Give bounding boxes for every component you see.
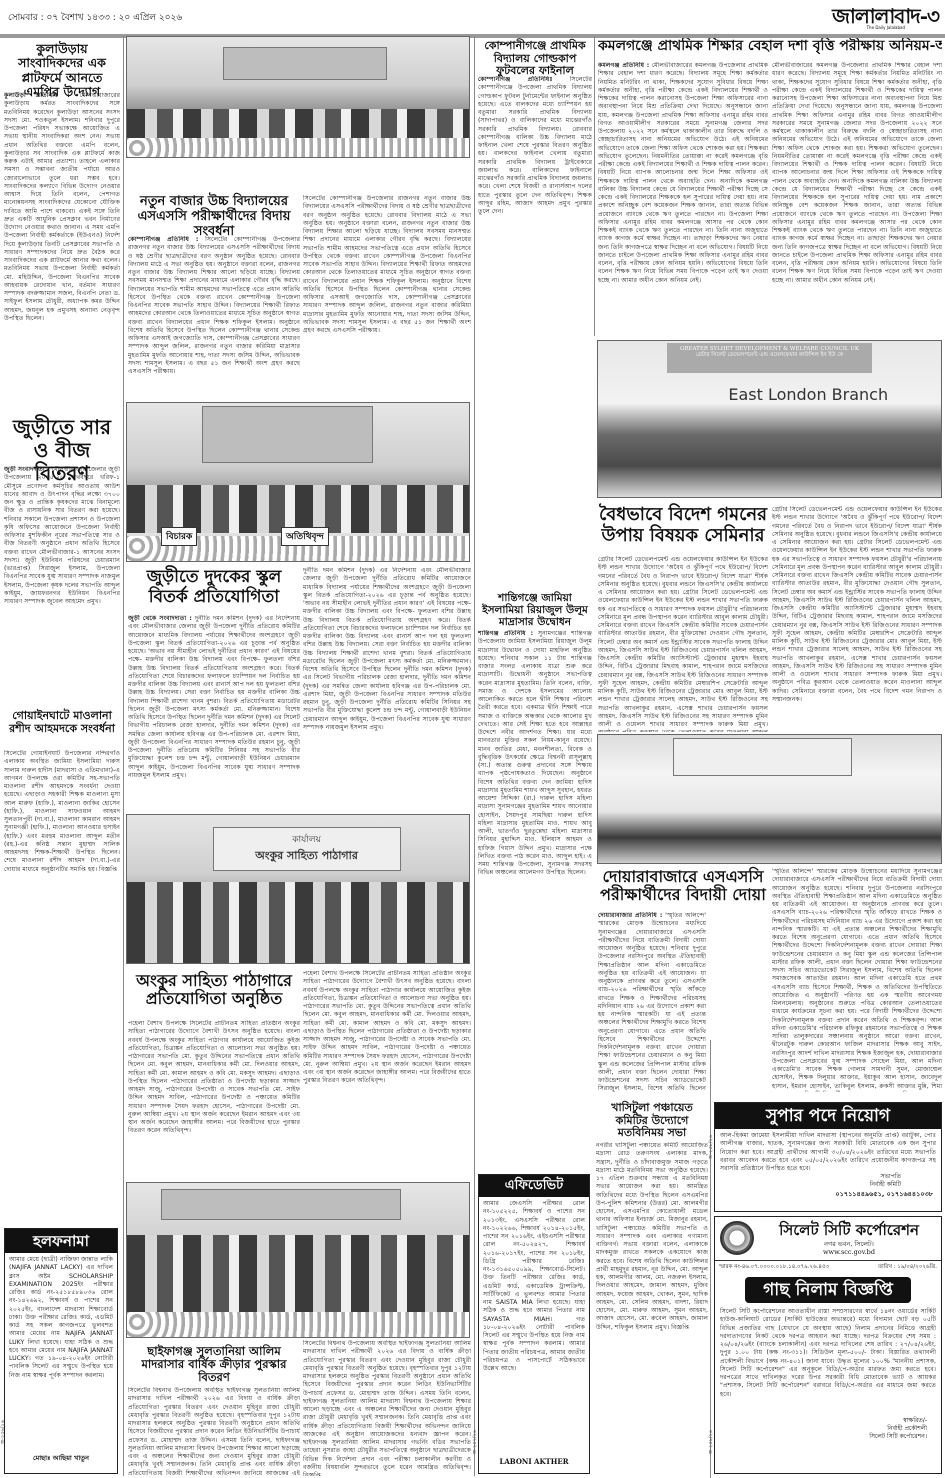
scc-sign2: নির্বাহী প্রকৌশলী: [715, 1425, 927, 1433]
doarabazar-body: দোয়ারাবাজার প্রতিনিধি : 'স্মৃতির অলিন্দ…: [598, 912, 706, 1092]
khasitula-headline: খাসিটুলা পঞ্চায়েত কমিটির উদ্যোগে মতবিনি…: [596, 1102, 708, 1140]
photo-banner: [223, 47, 387, 81]
shantiganj-body: শান্তিগঞ্জ প্রতিনিধি : সুনামগঞ্জের শান্ত…: [478, 630, 592, 1126]
super-job-sign-org: নির্বাহী কমিটি: [715, 1181, 901, 1189]
scc-sign1: স্বাক্ষরিত/-: [715, 1417, 927, 1425]
chhaifaganj-body-col2: সিলেটের বিশ্বনাথ উপজেলায় অবস্থিত ছাইফাগ…: [303, 1340, 471, 1476]
notun-bazar-headline: নতুন বাজার উচ্চ বিদ্যালয়ের এসএসসি পরীক্…: [128, 195, 300, 240]
scc-website-link[interactable]: www.scc.gov.bd: [761, 1248, 937, 1256]
super-job-code: জ-২৫৮/২৬: [707, 1135, 715, 1159]
ankur-body: পহেলা বৈশাখ উপলক্ষে সিলেটের প্রাচীনতম সা…: [128, 1020, 300, 1180]
affidavit-ad: এফিডেভিট আমার জেএসসি পরীক্ষার রোল নং-১০৫…: [478, 1174, 590, 1474]
affidavit-title: এফিডেভিট: [479, 1175, 589, 1197]
scc-memo: স্মারক নং-৪৬.০৭.০০০০.০১৮.১৪.০৭৯.২৬.৪৫৩: [719, 1264, 829, 1272]
kamalganj-body-col2: মৌলভীবাজারের কমলগঞ্জ উপজেলার প্রাথমিক শি…: [772, 62, 942, 330]
date-line: সোমবার : ০৭ বৈশাখ ১৪৩৩ : ২০ এপ্রিল ২০২৬: [8, 10, 182, 25]
seminar-body: গ্রেটার সিলেট ডেভেলপমেন্ট এন্ড ওয়েলফেয়…: [598, 556, 768, 732]
caption-office: কার্যালয়: [214, 832, 400, 847]
affidavit-body: আমার জেএসসি পরীক্ষার রোল নং-১০৫২২৫, শিক্…: [479, 1197, 589, 1457]
chhaifaganj-photo: [126, 1182, 470, 1338]
scc-code: জ-২৫৯/২৬: [707, 1430, 715, 1454]
seminar-photo: GREATER SYLHET DEVELOPMENT & WELFARE COU…: [597, 340, 942, 498]
scc-title: গাছ নিলাম বিজ্ঞপ্তি: [745, 1277, 911, 1303]
gold-cup-body: কোম্পানীগঞ্জ প্রতিনিধিঃ সিলেটের কোম্পানী…: [478, 76, 592, 570]
seminar-body-col2: গ্রেটার সিলেট ডেভেলপমেন্ট এন্ড ওয়েলফেয়…: [772, 506, 942, 732]
dudok-body-col2: দুর্নীতি দমন কমিশন (দুদক) এর নির্দেশনায়…: [303, 567, 471, 805]
brand-subtitle: The Daily Jalalabad: [867, 25, 905, 30]
seminar-banner-bn: গ্রেটার সিলেট ডেভেলপমেন্ট এন্ড ওয়েলফেয়…: [667, 352, 873, 360]
doarabazar-body-col2: 'স্মৃতির অলিন্দে' স্মারকের মোড়ক উন্মোচন…: [772, 868, 942, 1092]
affidavit-signer: LABONI AKTHER: [479, 1457, 589, 1466]
gold-cup-headline: কোম্পানীগঞ্জে প্রাথমিক বিদ্যালয় গোল্ডকা…: [478, 40, 592, 78]
doarabazar-photo: [597, 734, 942, 864]
scc-body: সিলেট সিটি কর্পোরেশনের আওতাধীন রাস্তা সম…: [715, 1305, 941, 1417]
super-job-sign-title: সভাপতি: [715, 1173, 901, 1181]
doarabazar-headline: দোয়ারাবাজারে এসএসসি পরীক্ষার্থীদের বিদা…: [598, 868, 768, 905]
juri-seed-body: জুড়ী সংবাদদাতা : মৌলভীবাজার জেলার জুড়ী…: [4, 466, 120, 702]
chhaifaganj-headline: ছাইফাগঞ্জ সুলতানিয়া আলিম মাদরাসার বার্ষ…: [128, 1345, 300, 1385]
halafnama-body: আমার মেয়ে (ছাত্রী) নাজিফা জান্নাত লাকি …: [5, 1253, 117, 1453]
super-job-ad: সুপার পদে নিয়োগ আল-হিকমা জামেয়া ইসলামী…: [714, 1102, 942, 1212]
affidavit-code: জ-২৫৭/২৬: [471, 1430, 479, 1454]
dudok-body: জুড়ী থেকে সংবাদদাতা : দুর্নীতি দমন কমিশ…: [128, 615, 300, 805]
halafnama-title: হলফনামা: [5, 1229, 117, 1253]
ankur-body-col2: পহেলা বৈশাখ উপলক্ষে সিলেটের প্রাচীনতম সা…: [303, 970, 471, 1180]
kulaura-headline: কুলাউড়ায় সাংবাদিকদের এক প্লাটফর্মে আনত…: [4, 42, 120, 100]
kamalganj-body: কমলগঞ্জ প্রতিনিধি : মৌলভীবাজারের কমলগঞ্জ…: [598, 62, 768, 330]
super-job-title: সুপার পদে নিয়োগ: [715, 1103, 941, 1129]
chhaifaganj-body: সিলেটের বিশ্বনাথ উপজেলায় অবস্থিত ছাইফাগ…: [128, 1387, 300, 1475]
shantiganj-headline: শান্তিগঞ্জে জামিয়া ইসলামিয়া রিয়াজুল উ…: [478, 592, 592, 628]
super-job-body: আল-হিকমা জামেয়া ইসলামীয়া দাখিল মাদরাসা…: [715, 1129, 941, 1173]
notun-bazar-body: কোম্পানীগঞ্জ প্রতিনিধি : সিলেটের কোম্পান…: [128, 236, 300, 400]
kulaura-photo: [126, 36, 470, 158]
caption-ankur-banner: অংকুর সাহিত্য পাঠাগার: [214, 847, 400, 866]
scc-logo-icon: [720, 1221, 754, 1255]
notun-bazar-body-col2: সিলেটের কোম্পানীগঞ্জ উপজেলার রাজনগর নতুন…: [303, 195, 471, 395]
khasitula-body: নগরীর খাসিটুলা পঞ্চায়েত কমিটি আয়োজিত ম…: [596, 1142, 708, 1476]
gowainghat-headline: গোয়াইনঘাটে মাওলানা রশীদ আহমদকে সংবর্ধনা: [4, 710, 120, 735]
ankur-photo: কার্যালয়অংকুর সাহিত্য পাঠাগার: [126, 814, 470, 964]
juri-debate-photo: বিচারক অতিথিবৃন্দ: [126, 402, 470, 562]
kulaura-body: কুলাউড়া প্রতিনিধি : মৌলভীবাজারের কুলাউড…: [4, 92, 120, 384]
seminar-headline: বৈধভাবে বিদেশ গমনের উপায় বিষয়ক সেমিনার: [598, 505, 768, 546]
scc-date: তারিখ : ১৯/০৪/২০২৬খ্রি.: [878, 1264, 937, 1272]
dudok-headline: জুড়ীতে দুদকের স্কুল বিতর্ক প্রতিযোগিতা: [128, 568, 300, 607]
caption-guests: অতিথিবৃন্দ: [281, 527, 329, 546]
scc-sign3: সিলেট সিটি কর্পোরেশন।: [715, 1433, 927, 1441]
caption-bicharak: বিচারক: [161, 527, 197, 546]
super-job-phones: ০১৭১১৪৪৯৬৫১, ০১৭১৬৪৪১০৩৮: [715, 1189, 941, 1200]
kamalganj-headline: কমলগঞ্জে প্রাথমিক শিক্ষার বেহাল দশা বৃত্…: [598, 38, 942, 54]
halafnama-ad: হলফনামা আমার মেয়ে (ছাত্রী) নাজিফা জান্ন…: [4, 1228, 118, 1474]
scc-tree-auction-ad: সিলেট সিটি কর্পোরেশন নগর ভবন, সিলেট। www…: [714, 1216, 942, 1474]
seminar-branch-text: East London Branch: [728, 385, 888, 404]
ankur-headline: অংকুর সাহিত্য পাঠাগারে প্রতিযোগিতা অনুষ্…: [128, 972, 300, 1009]
halafnama-code: জ-২৫৬/২৬: [0, 1420, 7, 1444]
gowainghat-body: সিলেটের গোয়াইনঘাট উপজেলার নন্দিরগাঁও এল…: [4, 750, 120, 1130]
newspaper-brand: জালালাবাদ-৩: [832, 2, 939, 35]
halafnama-signer: মোছাঃ আছিয়া খাতুন: [5, 1453, 117, 1464]
